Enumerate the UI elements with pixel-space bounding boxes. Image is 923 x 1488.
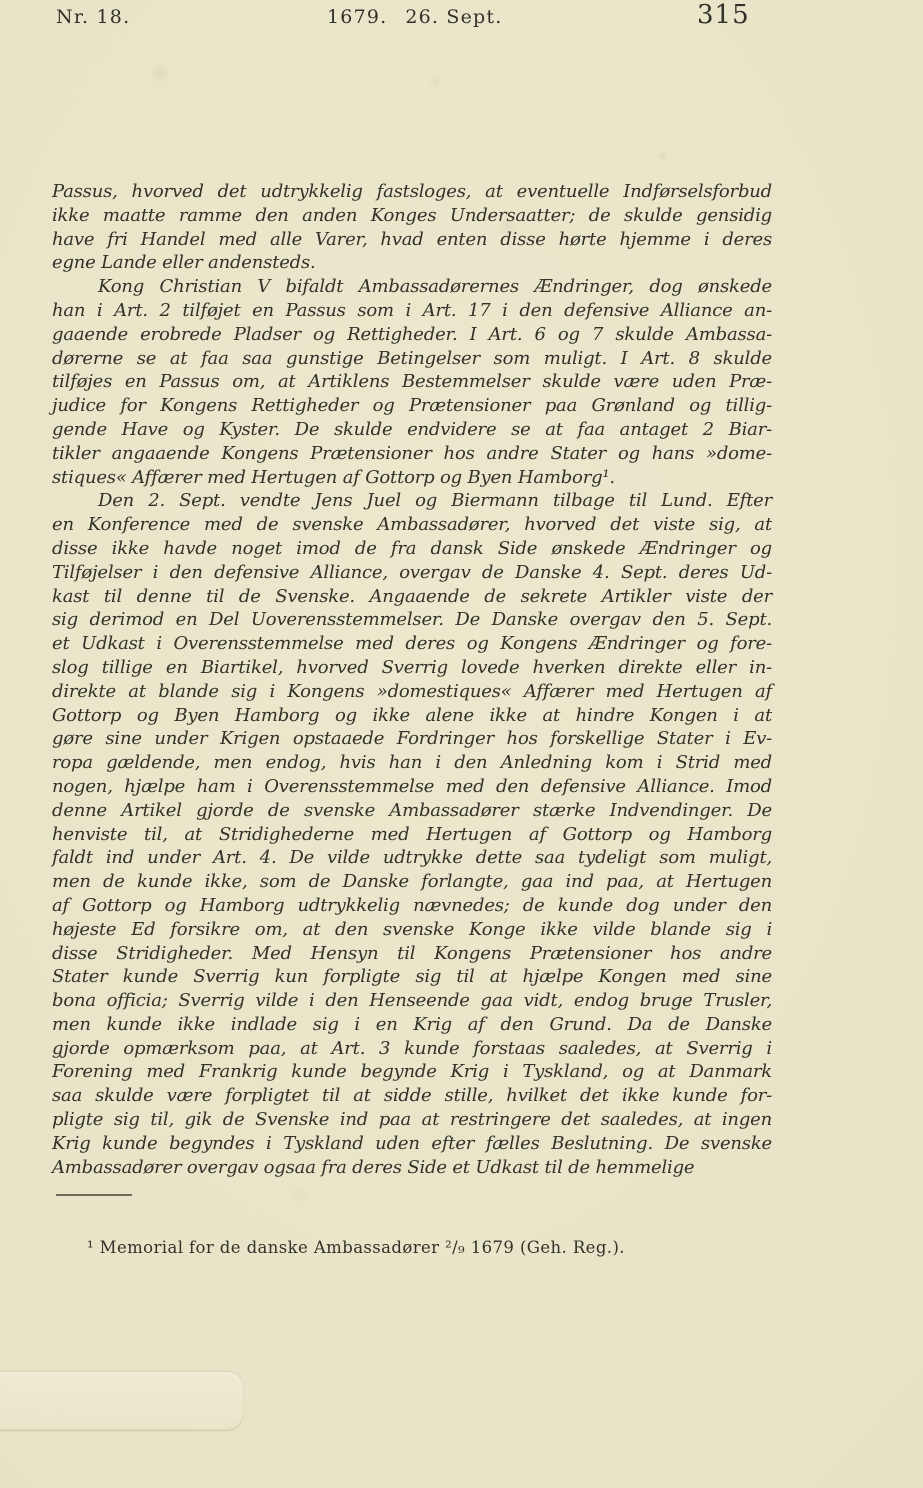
text-line: slog tillige en Biartikel, hvorved Sverr… xyxy=(52,656,772,680)
header-date: 1679. 26. Sept. xyxy=(327,6,503,28)
text-line: Tilføjelser i den defensive Alliance, ov… xyxy=(52,561,772,585)
text-line: Den 2. Sept. vendte Jens Juel og Bierman… xyxy=(52,489,772,513)
text-line: henviste til, at Stridighederne med Hert… xyxy=(52,823,772,847)
text-line: have fri Handel med alle Varer, hvad ent… xyxy=(52,228,772,252)
text-line: af Gottorp og Hamborg udtrykkelig nævned… xyxy=(52,894,772,918)
text-line: disse ikke havde noget imod de fra dansk… xyxy=(52,537,772,561)
text-line: Gottorp og Byen Hamborg og ikke alene ik… xyxy=(52,704,772,728)
text-line: bona officia; Sverrig vilde i den Hensee… xyxy=(52,989,772,1013)
text-line: Krig kunde begyndes i Tyskland uden efte… xyxy=(52,1132,772,1156)
text-line: stiques« Affærer med Hertugen af Gottorp… xyxy=(52,466,772,490)
text-line: direkte at blande sig i Kongens »domesti… xyxy=(52,680,772,704)
text-line: saa skulde være forpligtet til at sidde … xyxy=(52,1084,772,1108)
text-line: ropa gældende, men endog, hvis han i den… xyxy=(52,751,772,775)
text-line: men kunde ikke indlade sig i en Krig af … xyxy=(52,1013,772,1037)
footnote: ¹ Memorial for de danske Ambassadører ²/… xyxy=(87,1238,787,1257)
text-line: et Udkast i Overensstemmelse med deres o… xyxy=(52,632,772,656)
text-line: gaaende erobrede Pladser og Rettigheder.… xyxy=(52,323,772,347)
text-line: højeste Ed forsikre om, at den svenske K… xyxy=(52,918,772,942)
text-line: egne Lande eller andensteds. xyxy=(52,251,772,275)
paragraph: Passus, hvorved det udtrykkelig fastslog… xyxy=(52,180,772,275)
text-line: sig derimod en Del Uoverensstemmelser. D… xyxy=(52,608,772,632)
page-header: Nr. 18. 1679. 26. Sept. 315 xyxy=(0,0,923,40)
footnote-rule xyxy=(56,1194,132,1196)
text-line: tilføjes en Passus om, at Artiklens Best… xyxy=(52,370,772,394)
text-line: Kong Christian V bifaldt Ambassadørernes… xyxy=(52,275,772,299)
text-line: pligte sig til, gik de Svenske ind paa a… xyxy=(52,1108,772,1132)
text-line: tikler angaaende Kongens Prætensioner ho… xyxy=(52,442,772,466)
text-line: en Konference med de svenske Ambassadøre… xyxy=(52,513,772,537)
text-line: judice for Kongens Rettigheder og Præten… xyxy=(52,394,772,418)
paragraph: Kong Christian V bifaldt Ambassadørernes… xyxy=(52,275,772,489)
text-line: gjorde opmærksom paa, at Art. 3 kunde fo… xyxy=(52,1037,772,1061)
text-line: denne Artikel gjorde de svenske Ambassad… xyxy=(52,799,772,823)
text-line: gøre sine under Krigen opstaaede Fordrin… xyxy=(52,727,772,751)
text-line: ikke maatte ramme den anden Konges Under… xyxy=(52,204,772,228)
text-line: Forening med Frankrig kunde begynde Krig… xyxy=(52,1060,772,1084)
text-line: men de kunde ikke, som de Danske forlang… xyxy=(52,870,772,894)
text-line: faldt ind under Art. 4. De vilde udtrykk… xyxy=(52,846,772,870)
text-line: nogen, hjælpe ham i Overensstemmelse med… xyxy=(52,775,772,799)
document-number: Nr. 18. xyxy=(56,6,130,28)
text-line: gende Have og Kyster. De skulde endvider… xyxy=(52,418,772,442)
embossed-paper-mark xyxy=(0,1372,243,1430)
text-line: dørerne se at faa saa gunstige Betingels… xyxy=(52,347,772,371)
body-text: Passus, hvorved det udtrykkelig fastslog… xyxy=(52,180,772,1179)
text-line: Passus, hvorved det udtrykkelig fastslog… xyxy=(52,180,772,204)
page-number: 315 xyxy=(697,0,750,30)
text-line: Ambassadører overgav ogsaa fra deres Sid… xyxy=(52,1156,772,1180)
paragraph: Den 2. Sept. vendte Jens Juel og Bierman… xyxy=(52,489,772,1179)
text-line: Stater kunde Sverrig kun forpligte sig t… xyxy=(52,965,772,989)
text-line: han i Art. 2 tilføjet en Passus som i Ar… xyxy=(52,299,772,323)
scanned-book-page: Nr. 18. 1679. 26. Sept. 315 Passus, hvor… xyxy=(0,0,923,1488)
text-line: disse Stridigheder. Med Hensyn til Konge… xyxy=(52,942,772,966)
text-line: kast til denne til de Svenske. Angaaende… xyxy=(52,585,772,609)
